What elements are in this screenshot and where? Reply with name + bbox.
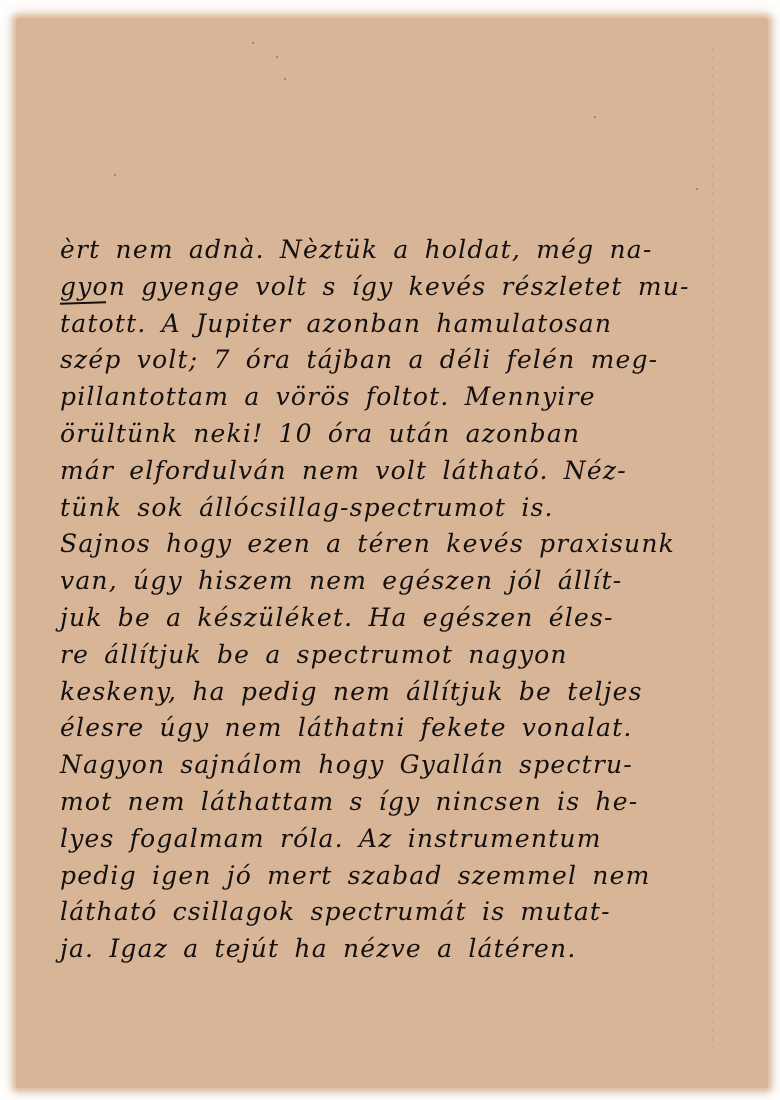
text-line: szép volt; 7 óra tájban a déli felén meg… [60,342,720,379]
text-line: re állítjuk be a spectrumot nagyon [60,637,720,674]
text-line: már elfordulván nem volt látható. Néz- [60,453,720,490]
text-line: pillantottam a vörös foltot. Mennyire [60,379,720,416]
text-line: gyon gyenge volt s így kevés részletet m… [60,269,720,306]
text-line: mot nem láthattam s így nincsen is he- [60,784,720,821]
paper-speck [114,174,116,176]
text-line: Sajnos hogy ezen a téren kevés praxisunk [60,526,720,563]
text-line: tatott. A Jupiter azonban hamulatosan [60,306,720,343]
paper-speck [284,78,286,80]
text-line: juk be a készüléket. Ha egészen éles- [60,600,720,637]
text-line: örültünk neki! 10 óra után azonban [60,416,720,453]
text-line: van, úgy hiszem nem egészen jól állít- [60,563,720,600]
text-line: tünk sok állócsillag-spectrumot is. [60,490,720,527]
text-line: látható csillagok spectrumát is mutat- [60,894,720,931]
paper-speck [276,56,278,58]
handwritten-text-body: èrt nem adnà. Nèztük a holdat, még na- g… [60,232,720,968]
text-line: Nagyon sajnálom hogy Gyallán spectru- [60,747,720,784]
paper-speck [252,42,254,44]
text-line: lyes fogalmam róla. Az instrumentum [60,821,720,858]
text-line: pedig igen jó mert szabad szemmel nem [60,858,720,895]
paper-speck [594,116,596,118]
text-line: keskeny, ha pedig nem állítjuk be teljes [60,674,720,711]
text-line: èrt nem adnà. Nèztük a holdat, még na- [60,232,720,269]
text-line: ja. Igaz a tejút ha nézve a látéren. [60,931,720,968]
paper-speck [696,188,698,190]
text-line: élesre úgy nem láthatni fekete vonalat. [60,710,720,747]
